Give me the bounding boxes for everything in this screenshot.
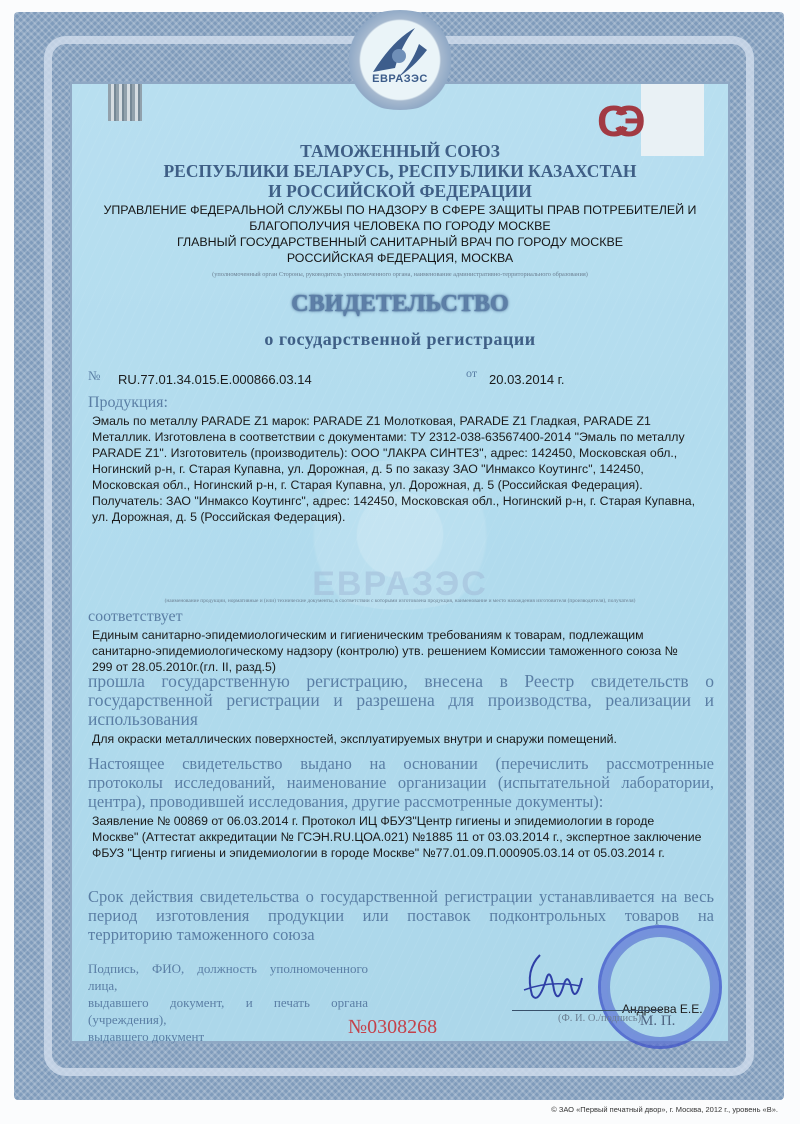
signature-line (512, 1010, 662, 1011)
hologram-strip (108, 84, 142, 121)
date-label: от (466, 366, 477, 381)
emblem-label: ЕВРАЗЭС (372, 73, 428, 85)
certificate-date: 20.03.2014 г. (489, 372, 564, 388)
certificate-title: СВИДЕТЕЛЬСТВО (100, 291, 700, 318)
product-description: Эмаль по металлу PARADE Z1 марок: PARADE… (92, 413, 695, 525)
certificate-number: RU.77.01.34.015.E.000866.03.14 (118, 372, 312, 388)
usage-scope: Для окраски металлических поверхностей, … (92, 731, 617, 747)
product-caption: (наименование продукции, нормативные и (… (86, 597, 714, 605)
validity-statement: Срок действия свидетельства о государств… (88, 887, 714, 944)
printer-copyright: © ЗАО «Первый печатный двор», г. Москва,… (551, 1105, 778, 1114)
official-seal-stamp (598, 925, 722, 1049)
seal-label: М. П. (640, 1013, 675, 1030)
customs-union-title: ТАМОЖЕННЫЙ СОЮЗ РЕСПУБЛИКИ БЕЛАРУСЬ, РЕС… (100, 141, 700, 201)
conformity-mark-icon: СЭ (597, 97, 632, 147)
certificate-subtitle: о государственной регистрации (100, 329, 700, 350)
basis-documents: Заявление № 00869 от 06.03.2014 г. Прото… (92, 813, 701, 861)
issuing-agency: УПРАВЛЕНИЕ ФЕДЕРАЛЬНОЙ СЛУЖБЫ ПО НАДЗОРУ… (100, 202, 700, 266)
conformity-requirements: Единым санитарно-эпидемиологическим и ги… (92, 627, 678, 675)
agency-caption: (уполномоченный орган Стороны, руководит… (100, 271, 700, 279)
form-serial-number: №0308268 (348, 1016, 437, 1039)
conformity-label: соответствует (88, 608, 183, 626)
eurasec-emblem-icon (335, 10, 465, 110)
name-caption: (Ф. И. О./подпись) (558, 1013, 641, 1024)
product-label: Продукция: (88, 394, 168, 412)
signature-label: Подпись, ФИО, должность уполномоченного … (88, 960, 368, 1045)
basis-label: Настоящее свидетельство выдано на основа… (88, 754, 714, 811)
signature-scribble-icon (510, 950, 590, 1010)
number-label: № (88, 368, 100, 384)
registration-statement: прошла государственную регистрацию, внес… (88, 672, 714, 729)
